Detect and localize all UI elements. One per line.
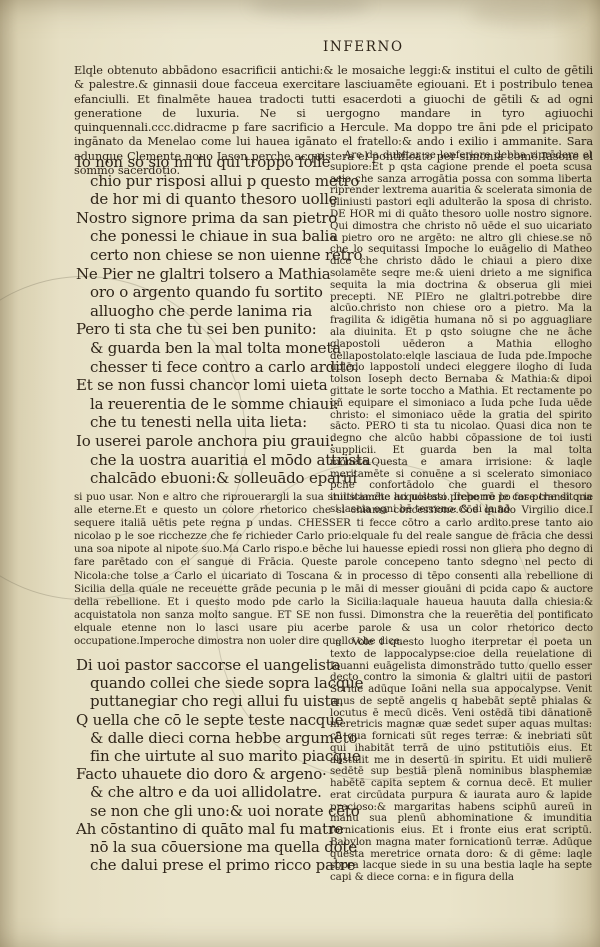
poem-line: Ah cōstantino di quāto mal fu matre <box>76 820 332 838</box>
poem-line: certo non chiese se non uienne retro <box>76 246 332 265</box>
poem-column-2: Di uoi pastor saccorse el uangelista qua… <box>76 656 332 874</box>
poem-line: Di uoi pastor saccorse el uangelista <box>76 656 332 674</box>
poem-line: Io non so sio mi fu qui troppo folle <box>76 153 332 172</box>
poem-line: chesser ti fece contro a carlo ardito. <box>76 358 332 377</box>
poem-line: de hor mi di quanto thesoro uolle <box>76 190 332 209</box>
running-title: INFERNO <box>323 39 404 55</box>
poem-line: quando collei che siede sopra lacque <box>76 674 332 692</box>
poem-column-1: Io non so sio mi fu qui troppo folle chi… <box>76 153 332 488</box>
poem-line: che tu tenesti nella uita lieta: <box>76 413 332 432</box>
poem-line: se non che gli uno:& uoi norate cēto <box>76 802 332 820</box>
poem-line: & guarda ben la mal tolta moneta <box>76 339 332 358</box>
poem-line: la reuerentia de le somme chiaui: <box>76 395 332 414</box>
book-page: INFERNO Elqle obtenuto abbādono esacrifi… <box>0 0 600 947</box>
poem-line: & dalle dieci corna hebbe argumēto <box>76 729 332 747</box>
poem-line: puttanegiar cho regi allui fu uista. <box>76 692 332 710</box>
commentary-column-1: Are da dubitar se lonferiore debba riprē… <box>330 150 592 516</box>
poem-line: chio pur risposi allui p questo metro <box>76 172 332 191</box>
page-stain <box>470 0 580 26</box>
poem-line: nō la sua cōuersione ma quella dote <box>76 838 332 856</box>
poem-line: che la uostra auaritia el mōdo attrista <box>76 451 332 470</box>
poem-line: Ne Pier ne glaltri tolsero a Mathia <box>76 265 332 284</box>
page-stain <box>250 0 370 16</box>
poem-line: Facto uhauete dio doro & argeno· <box>76 765 332 783</box>
poem-line: chalcādo ebuoni:& solleuādo eparui <box>76 469 332 488</box>
poem-line: fin che uirtute al suo marito piacque <box>76 747 332 765</box>
full-width-commentary: si puo usar. Non e altro che riprouerarg… <box>74 491 593 648</box>
poem-line: che ponessi le chiaue in sua balia <box>76 227 332 246</box>
poem-line: che dalui prese el primo ricco patre <box>76 856 332 874</box>
poem-line: Io userei parole anchora piu graui: <box>76 432 332 451</box>
commentary-column-2: Vole i questo luogho iterpretar el poeta… <box>330 637 592 884</box>
poem-line: Pero ti sta che tu sei ben punito: <box>76 320 332 339</box>
poem-line: alluogho che perde lanima ria <box>76 302 332 321</box>
poem-line: Q uella che cō le septe teste nacque <box>76 711 332 729</box>
poem-line: Et se non fussi chancor lomi uieta <box>76 376 332 395</box>
gloss-marker-p: p <box>317 151 323 162</box>
poem-line: & che altro e da uoi allidolatre. <box>76 783 332 801</box>
poem-line: oro o argento quando fu sortito <box>76 283 332 302</box>
poem-line: Nostro signore prima da san pietro <box>76 209 332 228</box>
